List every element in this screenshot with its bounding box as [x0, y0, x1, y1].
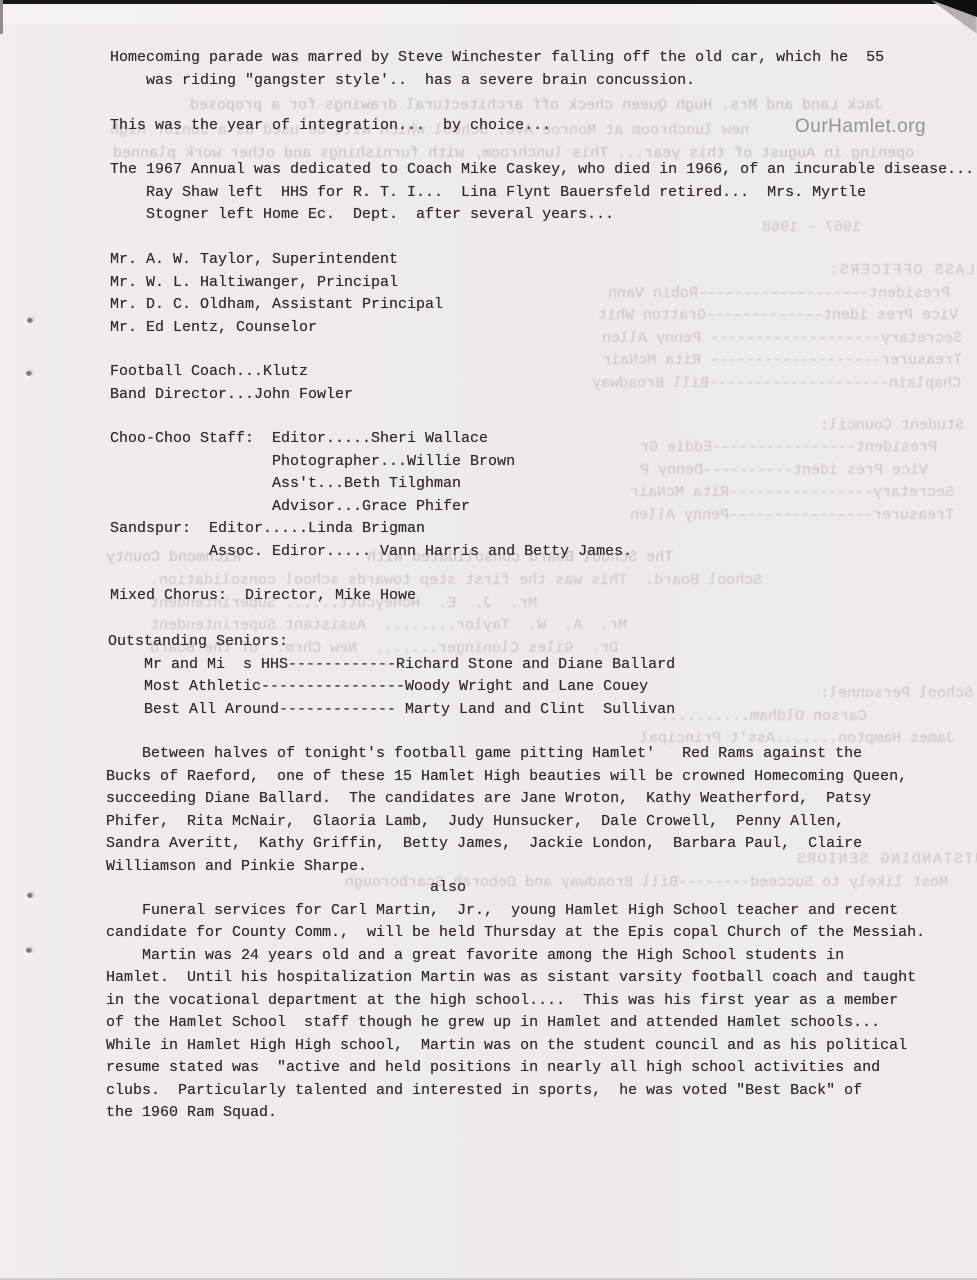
- homecoming-queen-paragraph: Between halves of tonight's football gam…: [106, 743, 907, 878]
- bleedthrough-line: Jack Land and Mrs. Hugh Queen check off …: [190, 95, 883, 117]
- bleedthrough-line: Vice Pres ident-------------Gratton Whit: [598, 305, 958, 327]
- bleedthrough-line: Treasurer----------------Penny Allen: [630, 505, 954, 527]
- scanned-document-page: Jack Land and Mrs. Hugh Queen check off …: [0, 0, 977, 1280]
- bleedthrough-line: President----------------Eddie Gr: [640, 437, 937, 459]
- bleedthrough-line: Student Council:: [820, 415, 964, 437]
- bleedthrough-line: Vice Pres ident----------Denny P: [640, 460, 928, 482]
- bleedthrough-line: Secretary----------------Rita McNair: [630, 482, 954, 504]
- homecoming-parade-note: Homecoming parade was marred by Steve Wi…: [110, 47, 884, 92]
- carl-martin-obituary-paragraph: also Funeral services for Carl Martin, J…: [106, 877, 925, 1125]
- coach-band-list: Football Coach...Klutz Band Director...J…: [110, 361, 353, 406]
- bleedthrough-line: School Personnel:: [820, 683, 973, 705]
- integration-note: This was the year of integration... by c…: [110, 115, 551, 138]
- publications-staff-list: Choo-Choo Staff: Editor.....Sheri Wallac…: [110, 428, 632, 563]
- annual-dedication-note: The 1967 Annual was dedicated to Coach M…: [110, 159, 974, 227]
- watermark: OurHamlet.org: [795, 116, 926, 138]
- bleedthrough-line: Carson Oldham..........: [660, 706, 867, 728]
- bleedthrough-line: Treasurer------------------- Rita McNair: [602, 350, 962, 372]
- scan-edge-top-highlight: [0, 4, 977, 24]
- staple-hole: [27, 893, 33, 898]
- administration-list: Mr. A. W. Taylor, Superintendent Mr. W. …: [110, 249, 443, 339]
- bleedthrough-line: President-------------------Robin Vann: [608, 283, 950, 305]
- bleedthrough-line: Chaplain--------------------Bill Broadwa…: [592, 373, 961, 395]
- bleedthrough-line: Secretary------------------- Penny Allen: [602, 328, 962, 350]
- mixed-chorus-note: Mixed Chorus: Director, Mike Howe: [110, 585, 416, 608]
- outstanding-seniors-list: Outstanding Seniors: Mr and Mi s HHS----…: [108, 631, 675, 721]
- scan-edge-left: [0, 0, 3, 34]
- staple-hole: [26, 948, 32, 953]
- bleedthrough-line: CLASS OFFICERS:: [828, 260, 977, 282]
- staple-hole: [27, 318, 33, 323]
- staple-hole: [26, 371, 32, 376]
